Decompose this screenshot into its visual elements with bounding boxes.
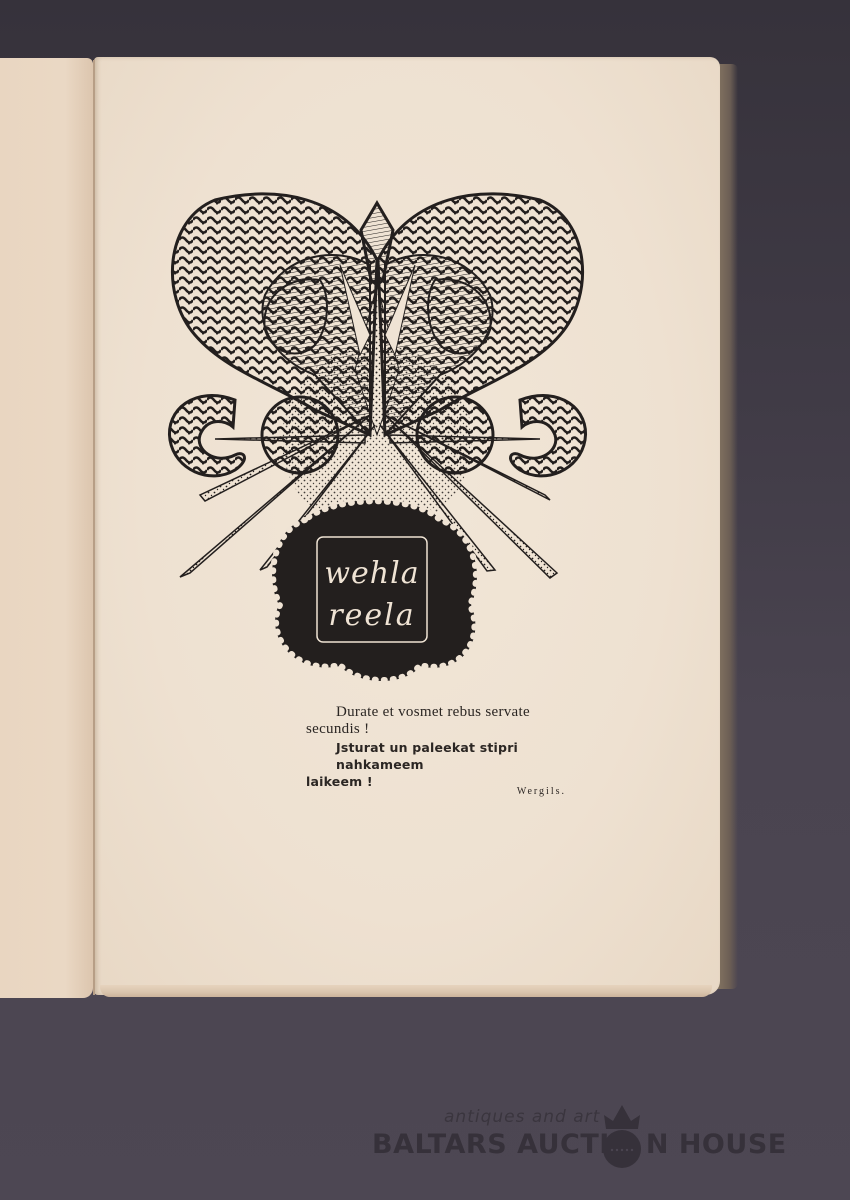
- watermark-name-part2: N HOUSE: [646, 1129, 787, 1160]
- watermark-name-part1: BALTARS AUCTI: [372, 1129, 610, 1160]
- emblem-text-line2: reela: [328, 598, 415, 633]
- ornamental-emblem-illustration: wehla reela: [165, 185, 590, 685]
- latin-quote: Durate et vosmet rebus servate secundis …: [306, 704, 586, 738]
- watermark-name: BALTARS AUCTIN HOUSE: [372, 1129, 787, 1160]
- left-page: [0, 58, 93, 998]
- book-gutter: [93, 60, 95, 995]
- watermark-tagline: antiques and art: [444, 1107, 600, 1127]
- latin-line-1: Durate et vosmet rebus servate: [306, 704, 586, 721]
- emblem-text-line1: wehla: [324, 556, 419, 591]
- page-bottom-edge: [100, 985, 712, 997]
- auction-house-watermark: antiques and art BALTARS AUCTIN HOUSE: [372, 1103, 772, 1173]
- epigraph: Durate et vosmet rebus servate secundis …: [306, 704, 586, 797]
- left-curl: [169, 396, 338, 476]
- latvian-translation: Jsturat un paleekat stipri nahkameem lai…: [306, 739, 586, 790]
- latin-line-2: secundis !: [306, 721, 586, 738]
- right-curl: [417, 396, 586, 476]
- latvian-line-1: Jsturat un paleekat stipri nahkameem: [306, 739, 586, 773]
